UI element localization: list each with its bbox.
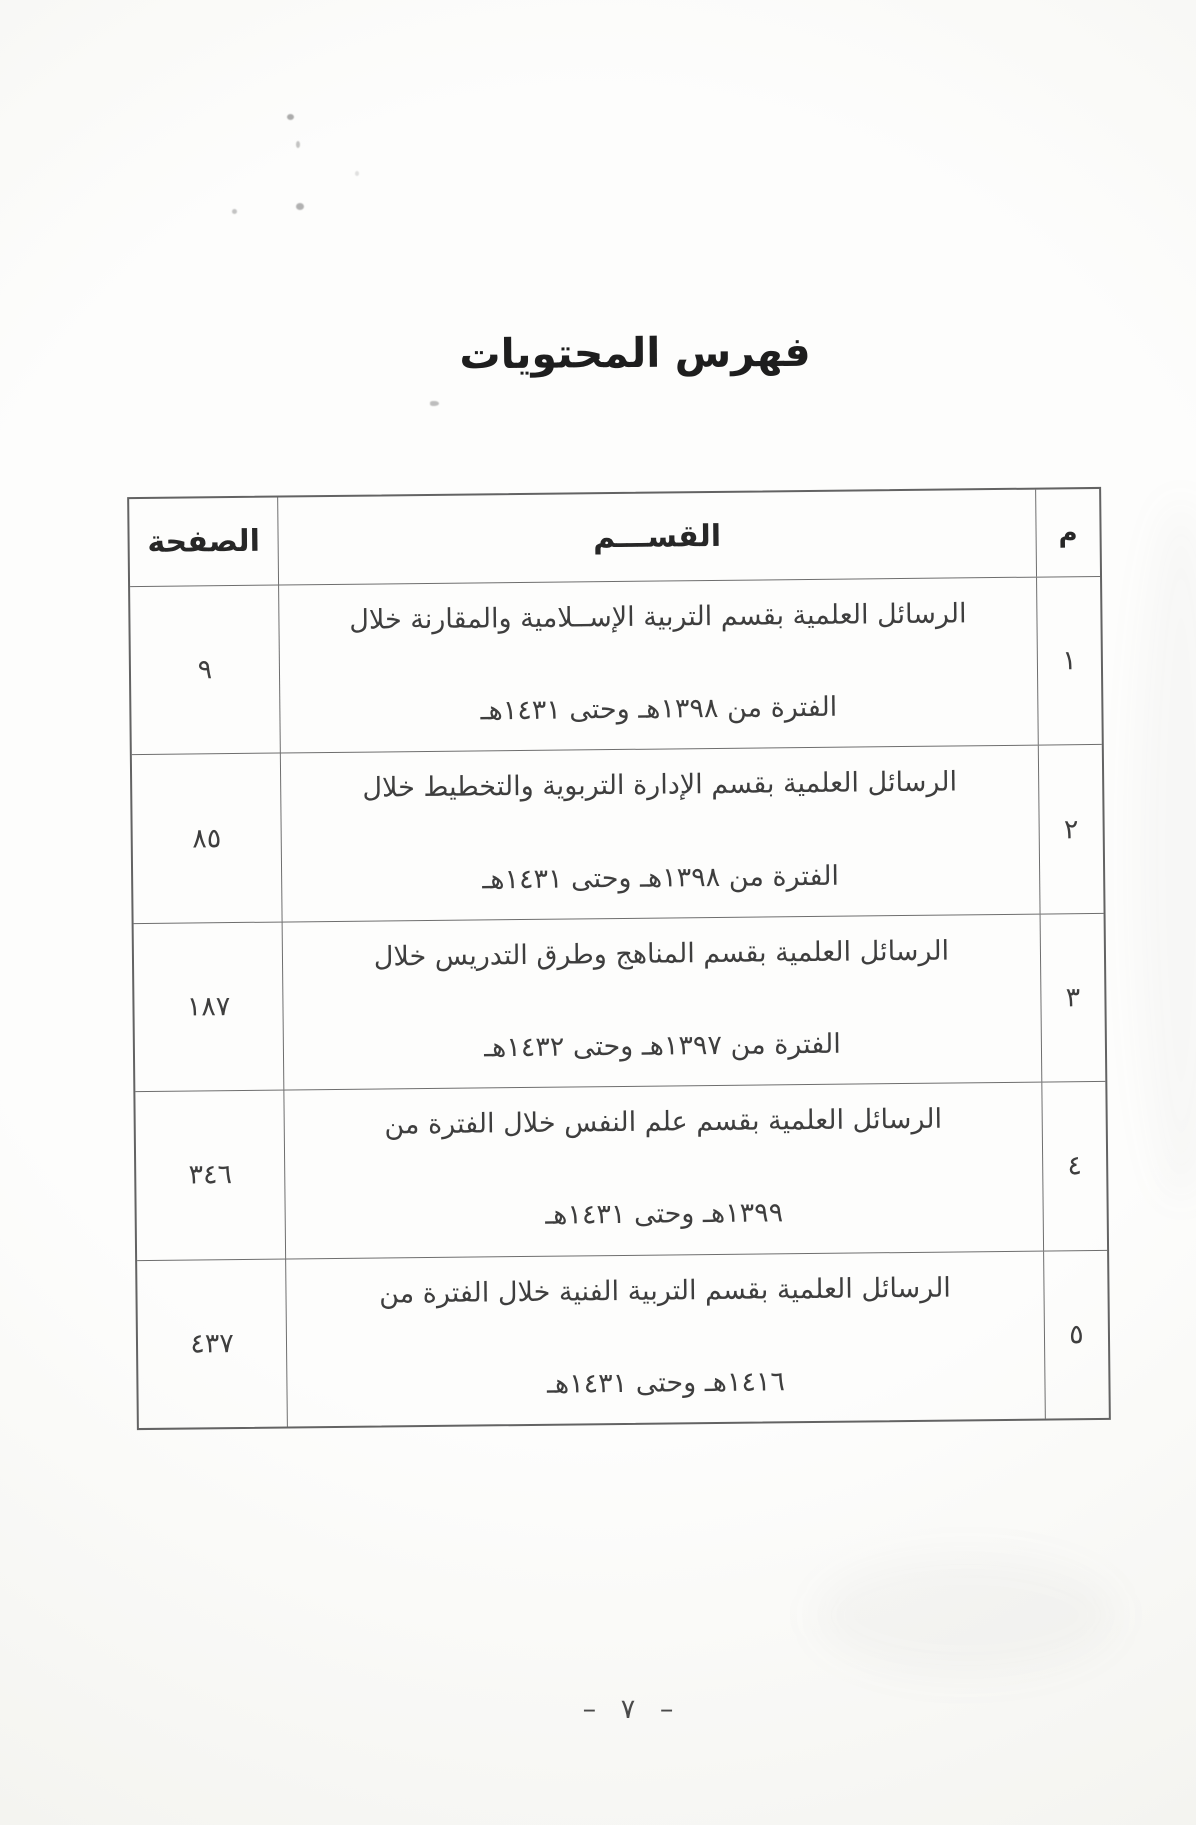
scan-shading <box>1136 500 1196 1200</box>
header-cell-section: القســـم <box>277 490 1036 585</box>
header-cell-number: م <box>1035 489 1100 577</box>
row-number-cell: ٢ <box>1038 745 1104 913</box>
page-number-cell: ١٨٧ <box>134 922 284 1091</box>
table-row: ١ الرسائل العلمية بقسم التربية الإســلام… <box>130 577 1102 756</box>
row-number: ٥ <box>1069 1319 1084 1350</box>
table-row: ٣ الرسائل العلمية بقسم المناهج وطرق التد… <box>134 914 1106 1093</box>
section-period-line: ١٣٩٩هـ وحتى ١٤٣١هـ <box>545 1194 783 1236</box>
section-title-line: الرسائل العلمية بقسم التربية الإســلامية… <box>349 594 967 640</box>
page-number-cell: ٨٥ <box>132 754 282 923</box>
section-title-line: الرسائل العلمية بقسم علم النفس خلال الفت… <box>384 1100 942 1145</box>
section-title-line: الرسائل العلمية بقسم التربية الفنية خلال… <box>379 1268 951 1313</box>
row-number-cell: ٥ <box>1043 1251 1109 1419</box>
scan-shading <box>816 1555 1116 1675</box>
table-row: ٢ الرسائل العلمية بقسم الإدارة التربوية … <box>132 745 1104 924</box>
section-cell: الرسائل العلمية بقسم الإدارة التربوية وا… <box>280 746 1040 921</box>
section-cell: الرسائل العلمية بقسم علم النفس خلال الفت… <box>283 1083 1043 1258</box>
scan-speck <box>296 141 300 148</box>
page-number: ٣٤٦ <box>188 1159 232 1190</box>
section-period-line: الفترة من ١٣٩٧هـ وحتى ١٤٣٢هـ <box>484 1025 841 1068</box>
page-number-cell: ٤٣٧ <box>137 1259 287 1428</box>
scanned-document-page: فهرس المحتويات م القســـم الصفحة ١ الرسا… <box>0 0 1196 1825</box>
section-period-line: الفترة من ١٣٩٨هـ وحتى ١٤٣١هـ <box>480 688 837 731</box>
row-number-cell: ٤ <box>1041 1082 1107 1250</box>
section-period-line: الفترة من ١٣٩٨هـ وحتى ١٤٣١هـ <box>482 856 839 899</box>
table-row: ٥ الرسائل العلمية بقسم التربية الفنية خل… <box>137 1251 1109 1429</box>
page-number-cell: ٩ <box>130 586 280 755</box>
row-number: ٢ <box>1064 814 1079 845</box>
page-number: ٤٣٧ <box>190 1328 234 1359</box>
toc-table: م القســـم الصفحة ١ الرسائل العلمية بقسم… <box>127 487 1111 1430</box>
section-cell: الرسائل العلمية بقسم المناهج وطرق التدري… <box>282 914 1042 1089</box>
page-number-footer: – ٧ – <box>30 1694 1196 1725</box>
scan-speck <box>296 203 304 210</box>
table-row: ٤ الرسائل العلمية بقسم علم النفس خلال ال… <box>135 1082 1107 1261</box>
page-number-cell: ٣٤٦ <box>135 1091 285 1260</box>
page-number: ١٨٧ <box>187 991 231 1022</box>
scan-speck <box>287 114 294 120</box>
page-number: ٩ <box>198 654 213 685</box>
section-title-line: الرسائل العلمية بقسم المناهج وطرق التدري… <box>374 931 950 976</box>
table-header-row: م القســـم الصفحة <box>129 489 1100 587</box>
section-cell: الرسائل العلمية بقسم التربية الفنية خلال… <box>285 1251 1045 1426</box>
row-number-cell: ١ <box>1036 577 1102 745</box>
row-number-cell: ٣ <box>1040 914 1106 1082</box>
row-number: ٤ <box>1067 1151 1082 1182</box>
section-period-line: ١٤١٦هـ وحتى ١٤٣١هـ <box>547 1362 785 1404</box>
page-number: ٨٥ <box>192 823 221 854</box>
scan-speck <box>430 401 439 406</box>
row-number: ٣ <box>1066 982 1081 1013</box>
header-cell-page: الصفحة <box>129 498 278 587</box>
section-cell: الرسائل العلمية بقسم التربية الإســلامية… <box>278 578 1038 753</box>
section-title-line: الرسائل العلمية بقسم الإدارة التربوية وا… <box>362 763 957 808</box>
scan-speck <box>355 171 359 176</box>
page-title: فهرس المحتويات <box>445 328 825 379</box>
row-number: ١ <box>1062 645 1077 676</box>
scan-speck <box>232 209 237 214</box>
